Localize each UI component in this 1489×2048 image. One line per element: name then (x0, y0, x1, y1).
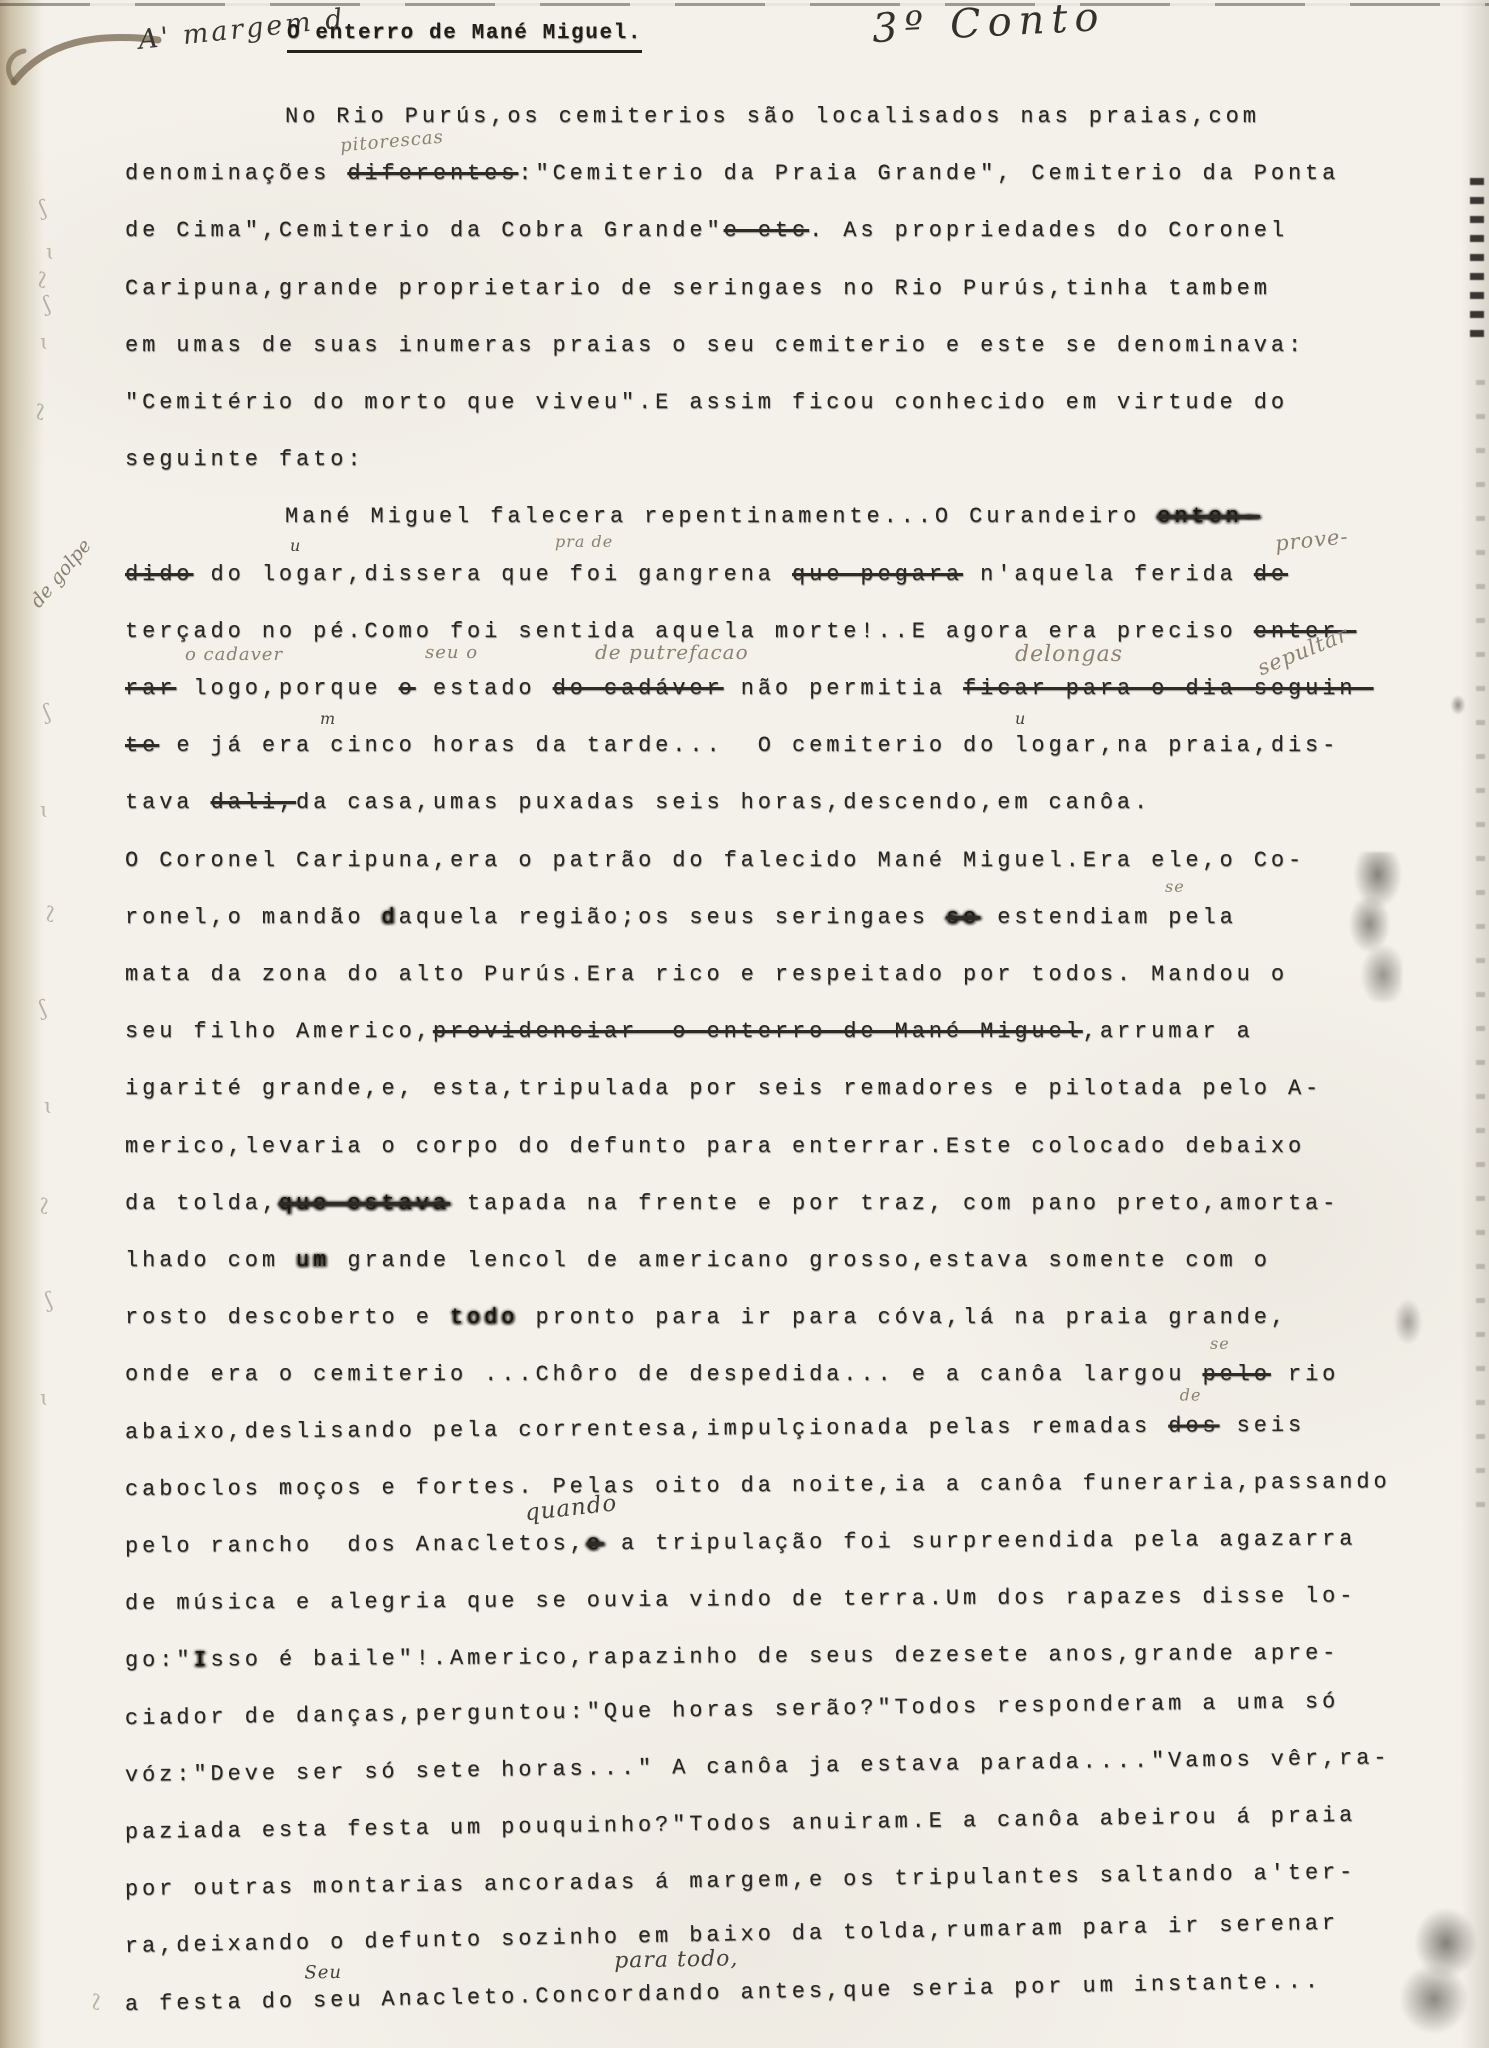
typed-text: da casa,umas puxadas seis horas,descendo… (296, 790, 1151, 815)
typed-text: tapada na frente e por traz, com pano pr… (450, 1191, 1339, 1216)
text-line: "Cemitério do morto que viveu".E assim f… (125, 390, 1288, 420)
text-line: rosto descoberto e todo pronto para ir p… (125, 1305, 1288, 1335)
typed-text: Caripuna,grande proprietario de seringae… (125, 276, 1271, 301)
handwritten-note: de (1180, 1385, 1202, 1404)
handwritten-corner-note: 3º Conto (871, 0, 1107, 52)
text-line: de Cima",Cemiterio da Cobra Grande"e etc… (125, 218, 1288, 248)
text-line: ciador de danças,perguntou:"Que horas se… (125, 1689, 1340, 1736)
text-line: tava dali,da casa,umas puxadas seis hora… (125, 790, 1151, 820)
struck-text: e (587, 1531, 604, 1556)
scan-edge-left (0, 0, 44, 2048)
text-line: ronel,o mandão daquela região;os seus se… (125, 905, 1237, 935)
typed-text: lhado com (125, 1248, 296, 1273)
handwritten-note: se (1165, 877, 1185, 896)
struck-text: pelo (1202, 1362, 1270, 1387)
typed-text: merico,levaria o corpo do defunto para e… (125, 1134, 1305, 1159)
text-line: vóz:"Deve ser só sete horas..." A canôa … (125, 1745, 1391, 1793)
typed-text: logo,porque (176, 676, 398, 701)
typed-text: não permitia (724, 676, 963, 701)
typed-text: de Cima",Cemiterio da Cobra Grande" (125, 218, 724, 243)
scan-edge-top (0, 3, 1489, 6)
text-line: merico,levaria o corpo do defunto para e… (125, 1134, 1305, 1164)
margin-pencil-mark: ʃ (43, 1288, 55, 1313)
scanned-typescript-page: A' margem d O enterro de Mané Miguel. 3º… (0, 0, 1489, 2048)
text-line: te e já era cinco horas da tarde... O ce… (125, 733, 1339, 763)
typed-text: igarité grande,e, esta,tripulada por sei… (125, 1076, 1322, 1101)
typed-text: pelo rancho dos Anacletos, (125, 1531, 587, 1559)
handwritten-note: o cadaver (185, 644, 283, 665)
struck-text: e etc (724, 218, 810, 243)
text-line: rar logo,porque o estado do cadáver não … (125, 676, 1374, 706)
handwritten-note: m (320, 709, 336, 728)
page-title: O enterro de Mané Miguel. (287, 22, 642, 53)
margin-pencil-mark: ɩ (40, 1386, 48, 1410)
typed-text: ciador de danças,perguntou:"Que horas se… (125, 1689, 1339, 1731)
handwritten-note: seu o (425, 642, 478, 663)
typed-text: tava (125, 790, 211, 815)
typed-text: n'aquela ferida (963, 562, 1254, 587)
text-line: onde era o cemiterio ...Chôro de despedi… (125, 1362, 1339, 1392)
typed-text: de música e alegria que se ouvia vindo d… (125, 1584, 1356, 1617)
typed-text: . As propriedades do Coronel (809, 218, 1288, 243)
typed-text: No Rio Purús,os cemiterios são localisad… (285, 104, 1260, 129)
typed-text: em umas de suas inumeras praias o seu ce… (125, 333, 1305, 358)
text-line: dido do logar,dissera que foi gangrena q… (125, 562, 1288, 592)
text-line: go:"Isso é baile"!.Americo,rapazinho de … (125, 1641, 1339, 1678)
typed-text: abaixo,deslisando pela correntesa,impulç… (125, 1413, 1168, 1444)
typed-text: aquela região;os seus seringaes (399, 905, 946, 930)
typed-text: da tolda, (125, 1191, 279, 1216)
typed-text: pronto para ir para cóva,lá na praia gra… (518, 1305, 1288, 1330)
text-line: O Coronel Caripuna,era o patrão do falec… (125, 848, 1305, 878)
text-line: seu filho Americo,providenciar o enterro… (125, 1019, 1254, 1049)
handwritten-note: u (290, 536, 301, 555)
scan-speckles (1470, 178, 1484, 338)
struck-text: dido (125, 562, 193, 587)
typed-text: ronel,o mandão (125, 905, 382, 930)
margin-pencil-mark: ɩ (44, 1094, 52, 1118)
ink-smudge (1348, 852, 1402, 1002)
text-line: de música e alegria que se ouvia vindo d… (125, 1584, 1357, 1622)
handwritten-note: u (1015, 709, 1026, 728)
handwritten-note: Seu (304, 1961, 342, 1983)
text-line: pelo rancho dos Anacletos,e a tripulação… (125, 1526, 1357, 1564)
struck-text: que estava (279, 1191, 450, 1216)
struck-text: dos (1168, 1413, 1219, 1438)
text-line: por outras montarias ancoradas á margem,… (125, 1860, 1357, 1907)
typed-text: por outras montarias ancoradas á margem,… (125, 1860, 1357, 1902)
typed-text: rosto descoberto e (125, 1305, 450, 1330)
text-line: denominações diferentes:"Cemiterio da Pr… (125, 161, 1339, 191)
text-line: da tolda,que estava tapada na frente e p… (125, 1191, 1339, 1221)
text-line: abaixo,deslisando pela correntesa,impulç… (125, 1412, 1305, 1449)
typed-text: caboclos moços e fortes. Pelas oito da n… (125, 1469, 1391, 1502)
struck-text: se (946, 905, 980, 930)
struck-text: providenciar o enterro de Mané Miguel (433, 1019, 1083, 1044)
struck-text: diferentes (347, 161, 518, 186)
struck-text: dali, (211, 790, 297, 815)
struck-text: enten- (1157, 504, 1260, 529)
typed-text: a tripulação foi surpreendida pela agaza… (604, 1526, 1357, 1556)
handwritten-note: para todo, (614, 1946, 739, 1973)
typed-text: paziada esta festa um pouquinho?"Todos a… (125, 1803, 1357, 1845)
typed-text: seu filho Americo, (125, 1019, 433, 1044)
handwritten-note: pra de (555, 532, 613, 551)
margin-pencil-mark: ʅ (89, 1985, 105, 2011)
text-line: lhado com um grande lencol de americano … (125, 1248, 1271, 1278)
margin-pencil-mark: ɩ (40, 330, 48, 354)
margin-pencil-mark: ɩ (40, 798, 48, 822)
text-line: em umas de suas inumeras praias o seu ce… (125, 333, 1305, 363)
blotted-text: um (296, 1248, 330, 1273)
typed-text: grande lencol de americano grosso,estava… (330, 1248, 1271, 1273)
typed-text: go:" (125, 1648, 194, 1673)
typed-text: :"Cemiterio da Praia Grande", Cemiterio … (518, 161, 1339, 186)
blotted-text: todo (450, 1305, 518, 1330)
text-line: No Rio Purús,os cemiterios são localisad… (125, 104, 1260, 134)
text-line: Caripuna,grande proprietario de seringae… (125, 276, 1271, 306)
struck-text: o (399, 676, 416, 701)
ink-smudge (1390, 1282, 1426, 1362)
handwritten-note: delongas (1015, 642, 1123, 667)
blotted-text: d (382, 905, 399, 930)
struck-text: de (1254, 562, 1288, 587)
typed-text: "Cemitério do morto que viveu".E assim f… (125, 390, 1288, 415)
struck-text: rar (125, 676, 176, 701)
text-line: mata da zona do alto Purús.Era rico e re… (125, 962, 1288, 992)
text-line: Mané Miguel falecera repentinamente...O … (125, 504, 1260, 534)
typed-text: denominações (125, 161, 347, 186)
scan-speckles (1476, 380, 1485, 1530)
typed-text: sso é baile"!.Americo,rapazinho de seus … (210, 1641, 1339, 1673)
typed-text: mata da zona do alto Purús.Era rico e re… (125, 962, 1288, 987)
typed-text: estado (416, 676, 553, 701)
text-line: paziada esta festa um pouquinho?"Todos a… (125, 1803, 1357, 1850)
typed-text: do logar,dissera que foi gangrena (193, 562, 792, 587)
typed-text: seguinte fato: (125, 447, 364, 472)
struck-text: te (125, 733, 159, 758)
typed-text: vóz:"Deve ser só sete horas..." A canôa … (125, 1745, 1391, 1788)
margin-pencil-mark: ɩ (46, 240, 54, 264)
struck-text: do cadáver (553, 676, 724, 701)
handwritten-note: se (1210, 1334, 1230, 1353)
struck-text: ficar para o dia seguin- (963, 676, 1373, 701)
typed-text: Mané Miguel falecera repentinamente...O … (285, 504, 1157, 529)
typed-text: estendiam pela (980, 905, 1237, 930)
blotted-text: I (193, 1648, 210, 1673)
typed-text: ,arrumar a (1083, 1019, 1254, 1044)
text-line: seguinte fato: (125, 447, 364, 477)
typed-text: onde era o cemiterio ...Chôro de despedi… (125, 1362, 1202, 1387)
text-line: igarité grande,e, esta,tripulada por sei… (125, 1076, 1322, 1106)
text-line: caboclos moços e fortes. Pelas oito da n… (125, 1469, 1391, 1507)
margin-pencil-mark: ʅ (43, 897, 59, 923)
typed-text: rio (1271, 1362, 1339, 1387)
typed-text: e já era cinco horas da tarde... O cemit… (159, 733, 1339, 758)
typed-text: O Coronel Caripuna,era o patrão do falec… (125, 848, 1305, 873)
handwritten-note: prove- (1274, 524, 1350, 556)
text-line: a festa do seu Anacleto.Concordando ante… (125, 1969, 1323, 2022)
struck-text: que pegara (792, 562, 963, 587)
typed-text: seis (1219, 1412, 1305, 1438)
handwritten-note: de putrefacao (595, 640, 749, 664)
